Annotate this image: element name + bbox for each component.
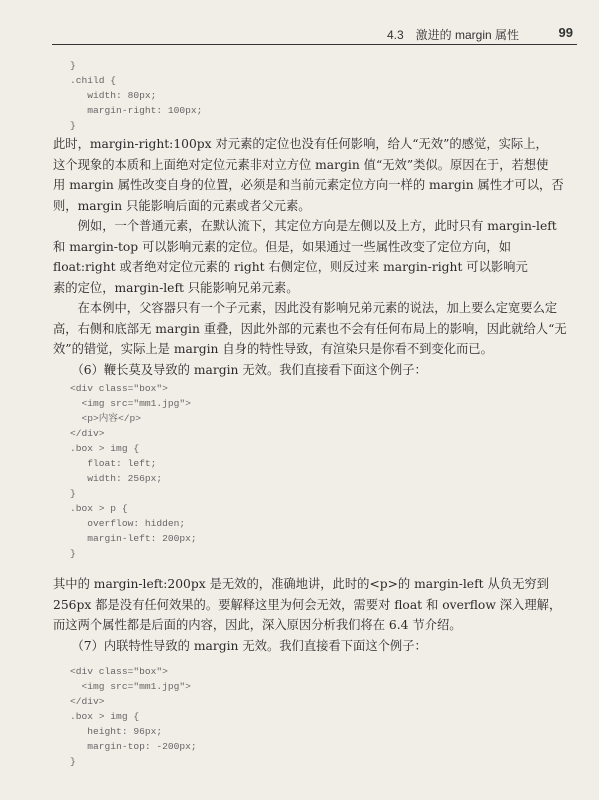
code-line: <div class="box"> xyxy=(0,381,197,396)
code-block-float-example: <div class="box"> <img src="mm1.jpg"> <p… xyxy=(0,381,197,561)
code-line: margin-top: -200px; xyxy=(0,739,197,754)
code-line: .box > img { xyxy=(0,709,197,724)
text-line: 此时，margin-right:100px 对元素的定位也没有任何影响，给人“无… xyxy=(53,134,567,155)
code-line: <div class="box"> xyxy=(0,664,197,679)
code-line: margin-right: 100px; xyxy=(0,103,202,118)
code-line: } xyxy=(0,118,202,133)
code-block-inline-example: <div class="box"> <img src="mm1.jpg"> </… xyxy=(0,664,197,769)
code-line: width: 80px; xyxy=(0,88,202,103)
text-line: 效”的错觉，实际上是 margin 自身的特性导致，有渲染只是你看不到变化而已。 xyxy=(53,339,567,360)
code-line: } xyxy=(0,58,202,73)
text-line: float:right 或者绝对定位元素的 right 右侧定位，则反过来 ma… xyxy=(53,257,567,278)
text-line: 这个现象的本质和上面绝对定位元素非对立方位 margin 值“无效”类似。原因在… xyxy=(53,155,567,176)
code-line: } xyxy=(0,546,197,561)
page-number: 99 xyxy=(559,25,573,40)
code-line: float: left; xyxy=(0,456,197,471)
section-title: 4.3 激进的 margin 属性 xyxy=(387,26,519,43)
text-line: 而这两个属性都是后面的内容，因此，深入原因分析我们将在 6.4 节介绍。 xyxy=(53,615,567,636)
code-line: <img src="mm1.jpg"> xyxy=(0,396,197,411)
text-line: 和 margin-top 可以影响元素的定位。但是，如果通过一些属性改变了定位方… xyxy=(53,237,567,258)
code-line: } xyxy=(0,486,197,501)
text-line: 素的定位，margin-left 只能影响兄弟元素。 xyxy=(53,278,567,299)
code-line: margin-left: 200px; xyxy=(0,531,197,546)
code-line: .box > p { xyxy=(0,501,197,516)
paragraph-margin-right-explanation: 此时，margin-right:100px 对元素的定位也没有任何影响，给人“无… xyxy=(53,134,567,216)
text-line: 其中的 margin-left:200px 是无效的，准确地讲，此时的<p>的 … xyxy=(53,574,567,595)
text-line: 用 margin 属性改变自身的位置，必须是和当前元素定位方向一样的 margi… xyxy=(53,175,567,196)
paragraph-example-analysis: 在本例中，父容器只有一个子元素，因此没有影响兄弟元素的说法，加上要么定宽要么定 … xyxy=(53,298,567,380)
text-line: 例如，一个普通元素，在默认流下，其定位方向是左侧以及上方，此时只有 margin… xyxy=(53,216,567,237)
text-line: 在本例中，父容器只有一个子元素，因此没有影响兄弟元素的说法，加上要么定宽要么定 xyxy=(53,298,567,319)
paragraph-margin-left-invalid: 其中的 margin-left:200px 是无效的，准确地讲，此时的<p>的 … xyxy=(53,574,567,656)
code-block-child-css: } .child { width: 80px; margin-right: 10… xyxy=(0,58,202,133)
code-line: overflow: hidden; xyxy=(0,516,197,531)
code-line: <img src="mm1.jpg"> xyxy=(0,679,197,694)
paragraph-positioning-direction: 例如，一个普通元素，在默认流下，其定位方向是左侧以及上方，此时只有 margin… xyxy=(53,216,567,298)
text-line: 高，右侧和底部无 margin 重叠，因此外部的元素也不会有任何布局上的影响，因… xyxy=(53,319,567,340)
code-line: .box > img { xyxy=(0,441,197,456)
code-line: height: 96px; xyxy=(0,724,197,739)
code-line: </div> xyxy=(0,694,197,709)
code-line: } xyxy=(0,754,197,769)
text-line: （7）内联特性导致的 margin 无效。我们直接看下面这个例子： xyxy=(53,636,567,657)
text-line: （6）鞭长莫及导致的 margin 无效。我们直接看下面这个例子： xyxy=(53,360,567,381)
code-line: <p>内容</p> xyxy=(0,411,197,426)
text-line: 则，margin 只能影响后面的元素或者父元素。 xyxy=(53,196,567,217)
page-header: 4.3 激进的 margin 属性 99 xyxy=(52,24,577,45)
code-line: width: 256px; xyxy=(0,471,197,486)
code-line: .child { xyxy=(0,73,202,88)
code-line: </div> xyxy=(0,426,197,441)
text-line: 256px 都是没有任何效果的。要解释这里为何会无效，需要对 float 和 o… xyxy=(53,595,567,616)
